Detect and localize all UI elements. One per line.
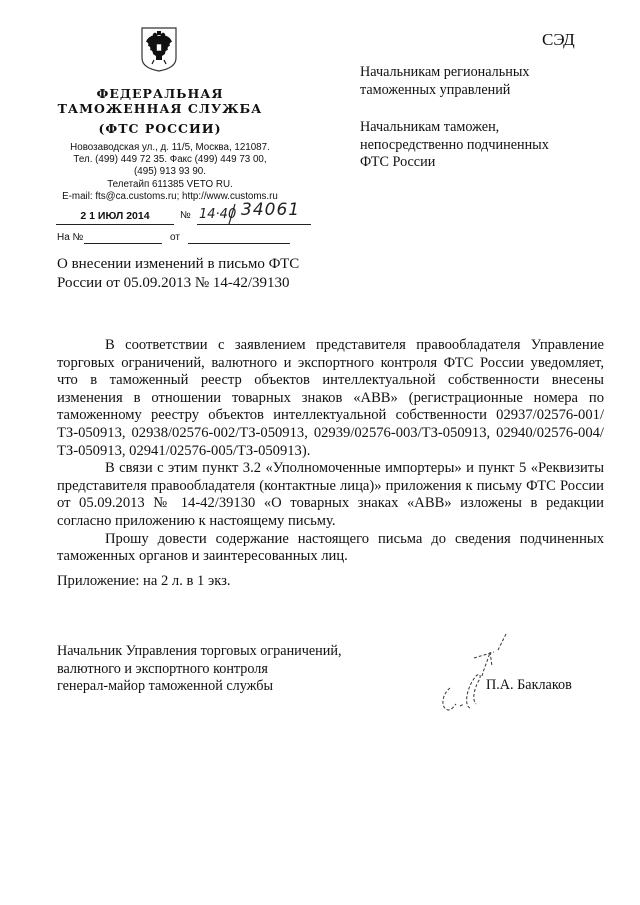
- addressee-2-line-2: непосредственно подчиненных: [360, 137, 620, 155]
- registration-date: 2 1 ИЮЛ 2014: [56, 206, 174, 225]
- addressee-2-line-3: ФТС России: [360, 154, 620, 172]
- org-name-line-1: ФЕДЕРАЛЬНАЯ: [40, 86, 280, 101]
- org-name-line-2: ТАМОЖЕННАЯ СЛУЖБА: [40, 101, 280, 116]
- addressee-1-line-2: таможенных управлений: [360, 82, 620, 100]
- signatory-title-line-3: генерал-майор таможенной службы: [57, 678, 342, 696]
- number-label: №: [180, 210, 191, 221]
- addressee-1-line-1: Начальникам региональных: [360, 64, 620, 82]
- signatory-title: Начальник Управления торговых ограничени…: [57, 643, 342, 696]
- body-paragraph-1: В соответствии с заявлением представител…: [57, 337, 604, 460]
- addressee-regional-administrations: Начальникам региональных таможенных упра…: [360, 64, 620, 99]
- subject-line-1: О внесении изменений в письмо ФТС: [57, 255, 327, 274]
- registration-number-handwritten: 14·40 34061: [197, 198, 311, 225]
- russian-coat-of-arms-icon: [140, 26, 178, 72]
- org-contacts: Новозаводская ул., д. 11/5, Москва, 1210…: [40, 142, 300, 203]
- from-date-blank: [188, 243, 290, 244]
- attachment-note: Приложение: на 2 л. в 1 экз.: [57, 573, 231, 590]
- signatory-title-line-2: валютного и экспортного контроля: [57, 661, 342, 679]
- handwritten-signature-icon: [430, 628, 540, 713]
- in-reply-to-label: На №: [57, 232, 83, 243]
- body-paragraph-3: Прошу довести содержание настоящего пись…: [57, 531, 604, 566]
- in-reply-to-blank: [84, 243, 162, 244]
- body-paragraph-2: В связи с этим пункт 3.2 «Уполномоченные…: [57, 460, 604, 530]
- signatory-title-line-1: Начальник Управления торговых ограничени…: [57, 643, 342, 661]
- letter-body: В соответствии с заявлением представител…: [57, 337, 604, 566]
- svg-text:34061: 34061: [241, 200, 300, 220]
- contact-address: Новозаводская ул., д. 11/5, Москва, 1210…: [40, 142, 300, 154]
- contact-phone-fax: Тел. (499) 449 72 35. Факс (499) 449 73 …: [40, 154, 300, 166]
- addressee-2-line-1: Начальникам таможен,: [360, 119, 620, 137]
- org-abbreviation: (ФТС РОССИИ): [40, 121, 280, 136]
- contact-phone-2: (495) 913 93 90.: [40, 166, 300, 178]
- sed-mark: СЭД: [542, 30, 575, 50]
- signer-name: П.А. Баклаков: [486, 677, 572, 694]
- letter-subject: О внесении изменений в письмо ФТС России…: [57, 255, 327, 293]
- from-date-label: от: [170, 232, 180, 243]
- contact-teletype: Телетайп 611385 VETO RU.: [40, 179, 300, 191]
- addressee-customs-heads: Начальникам таможен, непосредственно под…: [360, 119, 620, 172]
- subject-line-2: России от 05.09.2013 № 14-42/39130: [57, 274, 327, 293]
